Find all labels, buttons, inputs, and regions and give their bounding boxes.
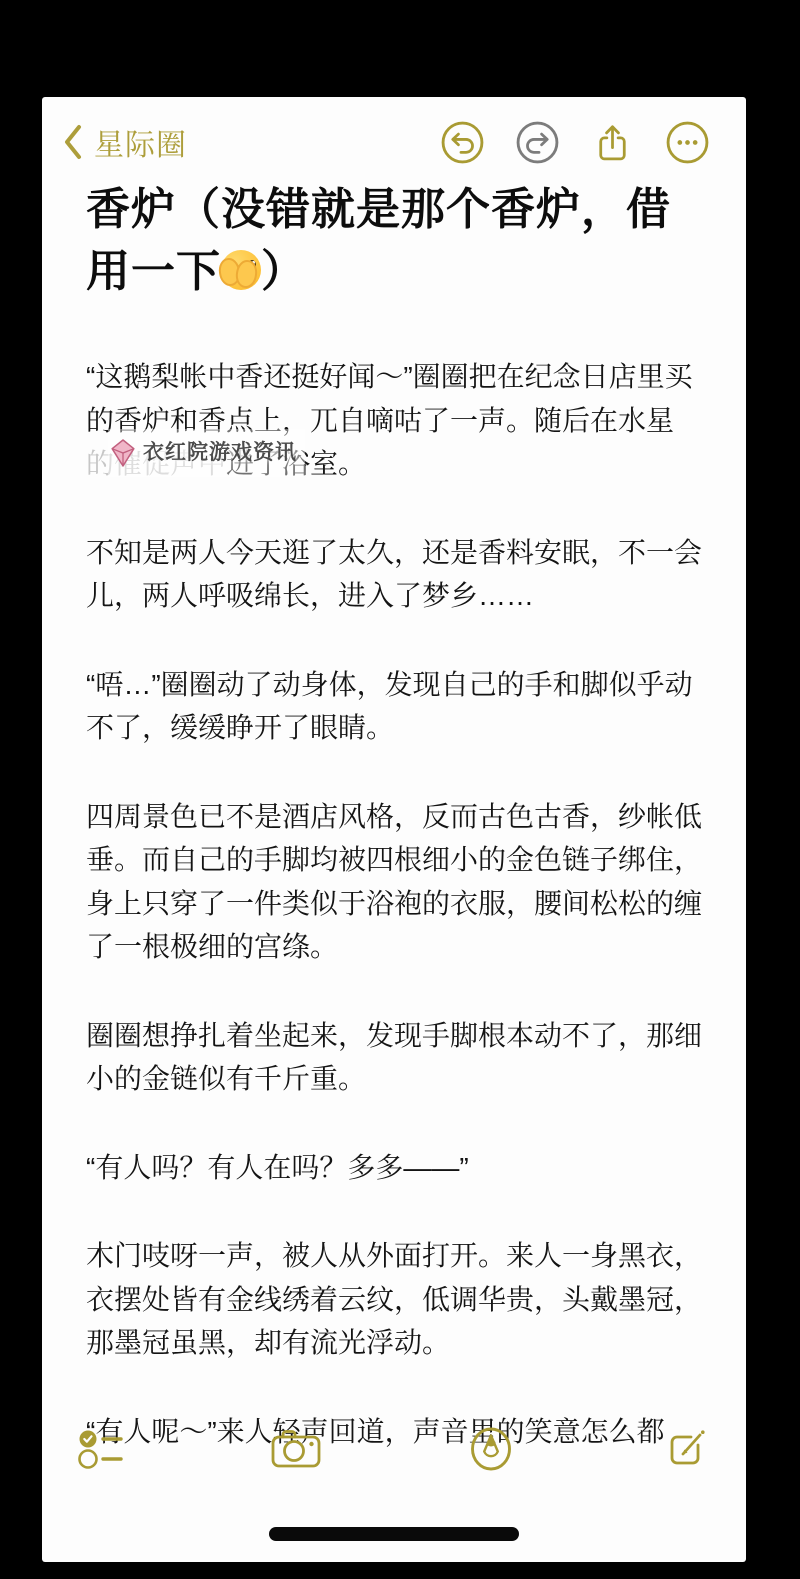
redo-icon[interactable] — [515, 120, 560, 165]
ellipsis-icon[interactable] — [665, 120, 710, 165]
notes-page: 星际圈 — [42, 97, 746, 1562]
note-title-text-start: 香炉（没错就是那个香炉，借用一下 — [86, 185, 671, 296]
chevron-left-icon — [62, 124, 84, 160]
checklist-icon[interactable] — [78, 1428, 124, 1470]
paragraph-3: “唔…”圈圈动了动身体，发现自己的手和脚似乎动不了，缓缓睁开了眼睛。 — [86, 663, 702, 750]
paragraph-5: 圈圈想挣扎着坐起来，发现手脚根本动不了，那细小的金链似有千斤重。 — [86, 1014, 702, 1101]
paragraph-1-faded-text: 的催促声中 — [86, 448, 226, 479]
back-button-label: 星际圈 — [94, 120, 187, 164]
paragraph-4: 四周景色已不是酒店风格，反而古色古香，纱帐低垂。而自己的手脚均被四根细小的金色链… — [86, 795, 702, 969]
markup-pen-icon[interactable] — [467, 1425, 515, 1473]
paragraph-6: “有人吗？有人在吗？多多——” — [86, 1146, 702, 1190]
face-with-peeking-eye-emoji — [221, 250, 261, 290]
note-title-text-end: ） — [261, 247, 306, 296]
top-nav-bar: 星际圈 — [42, 97, 746, 165]
back-button[interactable]: 星际圈 — [62, 120, 187, 164]
home-indicator[interactable] — [269, 1527, 519, 1541]
compose-icon[interactable] — [660, 1424, 710, 1474]
nav-actions — [440, 120, 710, 165]
note-body: “这鹅梨帐中香还挺好闻～”圈圈把在纪念日店里买的香炉和香点上，兀自嘀咕了一声。随… — [86, 355, 702, 1453]
paragraph-1-text-end: 进了浴室。 — [226, 448, 366, 479]
paragraph-2: 不知是两人今天逛了太久，还是香料安眠，不一会儿，两人呼吸绵长，进入了梦乡…… — [86, 531, 702, 618]
bottom-toolbar — [42, 1424, 746, 1474]
camera-icon[interactable] — [269, 1427, 323, 1471]
undo-icon[interactable] — [440, 120, 485, 165]
paragraph-7: 木门吱呀一声，被人从外面打开。来人一身黑衣，衣摆处皆有金线绣着云纹，低调华贵，头… — [86, 1234, 702, 1365]
note-title: 香炉（没错就是那个香炉，借用一下） — [86, 179, 702, 303]
paragraph-1: “这鹅梨帐中香还挺好闻～”圈圈把在纪念日店里买的香炉和香点上，兀自嘀咕了一声。随… — [86, 355, 702, 486]
paragraph-1-text: “这鹅梨帐中香还挺好闻～”圈圈把在纪念日店里买的香炉和香点上，兀自嘀咕了一声。随… — [86, 361, 693, 436]
share-icon[interactable] — [590, 120, 635, 165]
